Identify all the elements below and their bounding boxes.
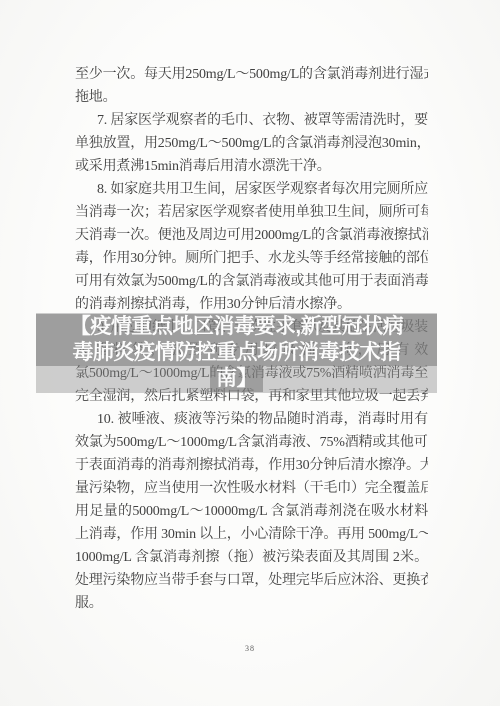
- text-line: 上消毒，作用 30min 以上，小心清除干净。再用 500mg/L～: [75, 523, 428, 546]
- watermark-line: 毒肺炎疫情防控重点场所消毒技术指: [36, 340, 437, 366]
- page-number: 38: [0, 644, 500, 653]
- text-line: 1000mg/L 含氯消毒剂擦（拖）被污染表面及其周围 2米。: [75, 546, 428, 569]
- watermark-line: 南】: [36, 366, 437, 392]
- text-line: 服。: [75, 592, 428, 615]
- text-line: 效氯为500mg/L～1000mg/L含氯消毒液、75%酒精或其他可用: [75, 431, 428, 454]
- text-line: 单独放置，用250mg/L～500mg/L的含氯消毒剂浸泡30min，: [75, 132, 428, 155]
- text-line: 处理污染物应当带手套与口罩，处理完毕后应沐浴、更换衣: [75, 569, 428, 592]
- text-line: 于表面消毒的消毒剂擦拭消毒，作用30分钟后清水擦净。大: [75, 454, 428, 477]
- watermark-line: 【疫情重点地区消毒要求,新型冠状病: [36, 314, 437, 340]
- text-line: 至少一次。每天用250mg/L～500mg/L的含氯消毒剂进行湿式: [75, 63, 428, 86]
- watermark-banner: 【疫情重点地区消毒要求,新型冠状病 毒肺炎疫情防控重点场所消毒技术指 南】: [36, 313, 437, 393]
- text-line: 8. 如家庭共用卫生间，居家医学观察者每次用完厕所应: [75, 178, 428, 201]
- document-page: 至少一次。每天用250mg/L～500mg/L的含氯消毒剂进行湿式 拖地。 7.…: [0, 0, 500, 706]
- text-line: 用足量的5000mg/L～10000mg/L 含氯消毒剂浇在吸水材料: [75, 500, 428, 523]
- text-line: 拖地。: [75, 86, 428, 109]
- text-line: 量污染物，应当使用一次性吸水材料（干毛巾）完全覆盖后: [75, 477, 428, 500]
- text-line: 或采用煮沸15min消毒后用清水漂洗干净。: [75, 155, 428, 178]
- text-line: 当消毒一次；若居家医学观察者使用单独卫生间，厕所可每: [75, 201, 428, 224]
- text-line: 天消毒一次。便池及周边可用2000mg/L的含氯消毒液擦拭消: [75, 224, 428, 247]
- text-line: 7. 居家医学观察者的毛巾、衣物、被罩等需清洗时，要: [75, 109, 428, 132]
- text-line: 可用有效氯为500mg/L的含氯消毒液或其他可用于表面消毒: [75, 270, 428, 293]
- text-line: 毒，作用30分钟。厕所门把手、水龙头等手经常接触的部位，: [75, 247, 428, 270]
- watermark-line-end: 南】: [210, 366, 263, 392]
- text-line: 10. 被唾液、痰液等污染的物品随时消毒，消毒时用有: [75, 408, 428, 431]
